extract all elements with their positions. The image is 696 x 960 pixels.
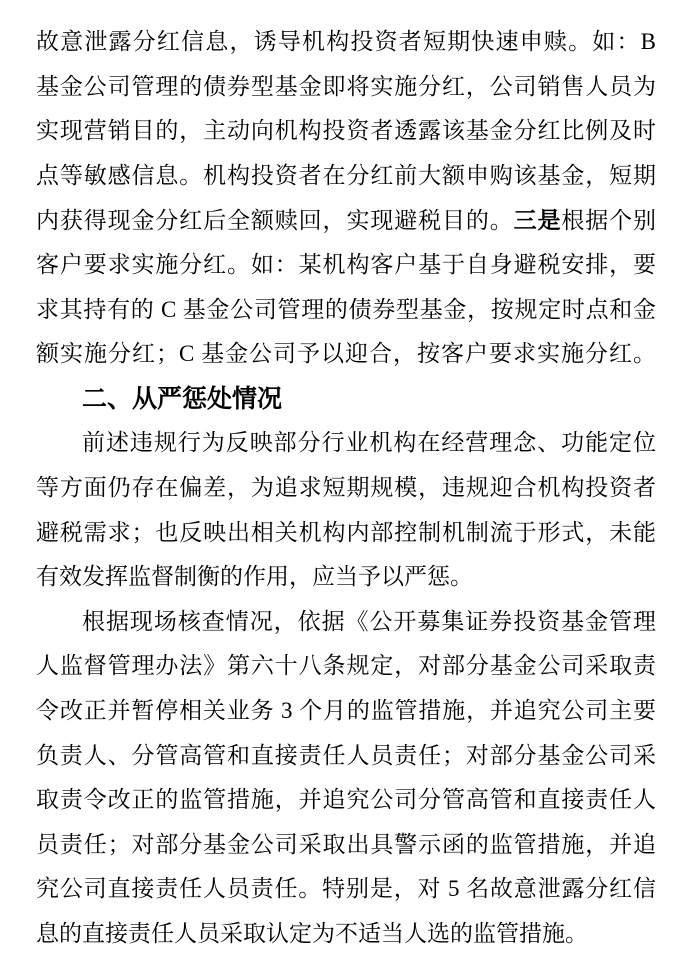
text-line: 等方面仍存在偏差，为追求短期规模，违规迎合机构投资者 — [36, 466, 656, 511]
text-line: 故意泄露分红信息，诱导机构投资者短期快速申赎。如：B — [36, 20, 656, 65]
text-line: 有效发挥监督制衡的作用，应当予以严惩。 — [36, 555, 656, 600]
text-segment: 负责人、分管高管和直接责任人员责任；对部分基金公司采 — [36, 743, 656, 768]
text-segment: 额实施分红；C 基金公司予以迎合，按客户要求实施分红。 — [36, 341, 656, 366]
text-segment: 点等敏感信息。机构投资者在分红前大额申购该基金，短期 — [36, 163, 656, 188]
text-segment: 有效发挥监督制衡的作用，应当予以严惩。 — [36, 564, 473, 589]
text-line: 根据现场核查情况，依据《公开募集证券投资基金管理 — [36, 600, 656, 645]
text-segment: 避税需求；也反映出相关机构内部控制机制流于形式，未能 — [36, 520, 656, 545]
text-line: 究公司直接责任人员责任。特别是，对 5 名故意泄露分红信 — [36, 867, 656, 912]
text-segment: 客户要求实施分红。如：某机构客户基于自身避税安排，要 — [36, 252, 656, 277]
text-line: 实现营销目的，主动向机构投资者透露该基金分红比例及时 — [36, 109, 656, 154]
text-line: 额实施分红；C 基金公司予以迎合，按客户要求实施分红。 — [36, 332, 656, 377]
text-line: 避税需求；也反映出相关机构内部控制机制流于形式，未能 — [36, 511, 656, 556]
text-segment: 前述违规行为反映部分行业机构在经营理念、功能定位 — [82, 430, 656, 455]
text-line: 基金公司管理的债券型基金即将实施分红，公司销售人员为 — [36, 65, 656, 110]
text-segment: 息的直接责任人员采取认定为不适当人选的监管措施。 — [36, 921, 588, 946]
text-segment: 求其持有的 C 基金公司管理的债券型基金，按规定时点和金 — [36, 297, 656, 322]
text-line: 人监督管理办法》第六十八条规定，对部分基金公司采取责 — [36, 644, 656, 689]
text-line: 前述违规行为反映部分行业机构在经营理念、功能定位 — [36, 421, 656, 466]
text-line: 令改正并暂停相关业务 3 个月的监管措施，并追究公司主要 — [36, 689, 656, 734]
text-line: 息的直接责任人员采取认定为不适当人选的监管措施。 — [36, 912, 656, 957]
bold-text-segment: 三是 — [514, 207, 562, 233]
text-segment: 究公司直接责任人员责任。特别是，对 5 名故意泄露分红信 — [36, 876, 656, 901]
text-segment: 等方面仍存在偏差，为追求短期规模，违规迎合机构投资者 — [36, 475, 656, 500]
text-segment: 员责任；对部分基金公司采取出具警示函的监管措施，并追 — [36, 832, 656, 857]
document-content: 故意泄露分红信息，诱导机构投资者短期快速申赎。如：B基金公司管理的债券型基金即将… — [36, 20, 656, 956]
text-segment: 实现营销目的，主动向机构投资者透露该基金分红比例及时 — [36, 118, 656, 143]
text-segment: 取责令改正的监管措施，并追究公司分管高管和直接责任人 — [36, 787, 656, 812]
text-segment: 根据现场核查情况，依据《公开募集证券投资基金管理 — [82, 609, 656, 634]
text-segment: 内获得现金分红后全额赎回，实现避税目的。 — [36, 208, 514, 233]
document-page: 故意泄露分红信息，诱导机构投资者短期快速申赎。如：B基金公司管理的债券型基金即将… — [0, 0, 696, 960]
text-segment: 故意泄露分红信息，诱导机构投资者短期快速申赎。如：B — [36, 29, 656, 54]
text-line: 点等敏感信息。机构投资者在分红前大额申购该基金，短期 — [36, 154, 656, 199]
text-line: 求其持有的 C 基金公司管理的债券型基金，按规定时点和金 — [36, 288, 656, 333]
text-segment: 基金公司管理的债券型基金即将实施分红，公司销售人员为 — [36, 74, 656, 99]
text-segment: 令改正并暂停相关业务 3 个月的监管措施，并追究公司主要 — [36, 698, 656, 723]
text-line: 员责任；对部分基金公司采取出具警示函的监管措施，并追 — [36, 823, 656, 868]
text-line: 内获得现金分红后全额赎回，实现避税目的。三是根据个别 — [36, 198, 656, 243]
text-line: 客户要求实施分红。如：某机构客户基于自身避税安排，要 — [36, 243, 656, 288]
section-heading: 二、从严惩处情况 — [36, 377, 656, 422]
text-segment: 人监督管理办法》第六十八条规定，对部分基金公司采取责 — [36, 653, 656, 678]
text-line: 取责令改正的监管措施，并追究公司分管高管和直接责任人 — [36, 778, 656, 823]
text-line: 负责人、分管高管和直接责任人员责任；对部分基金公司采 — [36, 734, 656, 779]
bold-text-segment: 二、从严惩处情况 — [82, 385, 282, 413]
text-segment: 根据个别 — [561, 208, 656, 233]
